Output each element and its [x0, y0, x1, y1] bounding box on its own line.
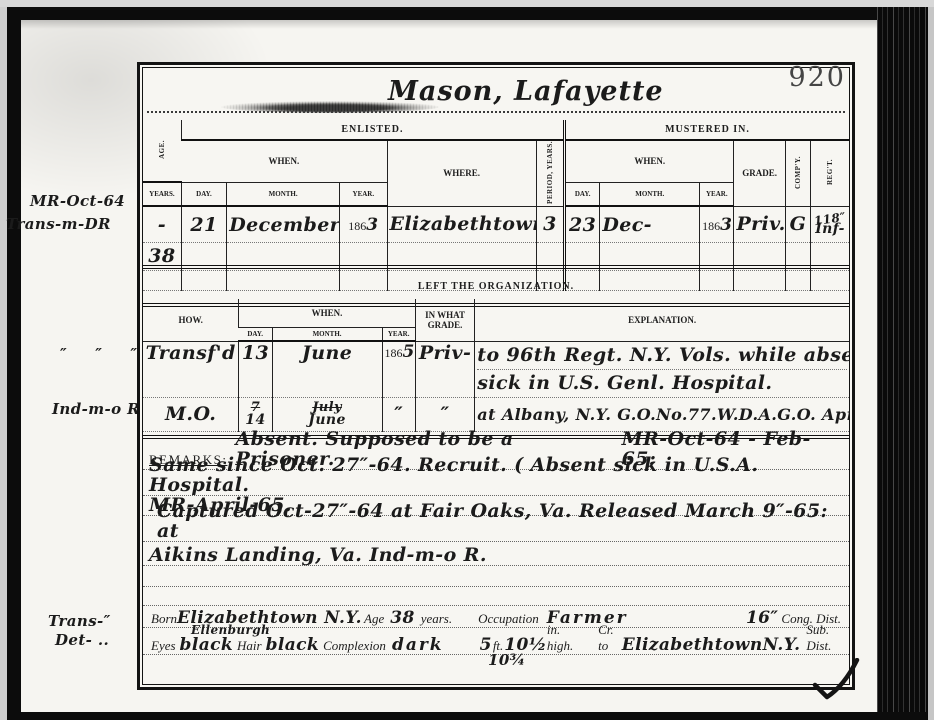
mo-month-value: JulyJune — [272, 397, 382, 431]
credited-to-state: N.Y. — [763, 636, 801, 654]
explanation-line-1: to 96th Regt. N.Y. Vols. while absent — [477, 342, 847, 370]
mo-month-corrected: June — [275, 414, 380, 426]
enlisted-where-value: Elizabethtown — [387, 206, 536, 242]
record-card: 920 Mason, Lafayette AGE. ENLISTED. MUST… — [137, 62, 855, 690]
year-preprint: 186 — [702, 219, 720, 233]
remarks-text-2: Same since Oct. 27″-64. Recruit. ( Absen… — [149, 455, 843, 495]
enlisted-year-value: 3 — [366, 215, 378, 235]
hair-value: black — [266, 636, 320, 654]
page-number: 920 — [788, 62, 846, 93]
enlistment-data-row: - 21 December 1863 Elizabethtown 3 23 De… — [143, 206, 849, 242]
complexion-label: Complexion — [323, 638, 386, 654]
in-what-grade-header: IN WHAT GRADE. — [415, 299, 475, 341]
how-value-mo: M.O. — [143, 397, 239, 431]
period-years-header: PERIOD, YEARS. — [546, 141, 554, 204]
enlisted-day-value: 21 — [181, 206, 226, 242]
grade-header: GRADE. — [734, 140, 785, 206]
enlisted-month-value: December — [227, 206, 340, 242]
enlisted-year-subheader: YEAR. — [340, 182, 387, 206]
eyes-value: black — [180, 636, 234, 654]
regiment-header: REG'T. — [826, 159, 834, 185]
remarks-text-5: Aikins Landing, Va. Ind-m-o R. — [149, 545, 487, 565]
mustered-day-value: 23 — [565, 206, 600, 242]
year-preprint: 186 — [385, 346, 403, 360]
company-value: G — [785, 206, 810, 242]
left-when-header: WHEN. — [239, 299, 415, 327]
remarks-line-5: Aikins Landing, Va. Ind-m-o R. — [143, 542, 849, 566]
mustered-year-subheader: YEAR. — [700, 182, 734, 206]
check-mark — [810, 658, 860, 711]
explanation-cell: to 96th Regt. N.Y. Vols. while absent si… — [475, 341, 849, 397]
explanation-line-2: sick in U.S. Genl. Hospital. — [477, 370, 847, 397]
years-label: years. — [421, 611, 452, 627]
enlisted-group-header: ENLISTED. — [181, 120, 564, 140]
vitals-section: Ellenburgh Born Elizabethtown N.Y. Age 3… — [143, 597, 849, 675]
mustered-year-value: 3 — [720, 215, 732, 235]
left-month-value: June — [272, 341, 382, 397]
transfer-row: Transf'd 13 June 1865 Priv- to 96th Regt… — [143, 341, 849, 397]
title-band: 920 Mason, Lafayette — [143, 68, 849, 120]
enlisted-month-subheader: MONTH. — [227, 182, 340, 206]
mustered-month-value: Dec- — [600, 206, 700, 242]
remarks-line-4: Captured Oct-27″-64 at Fair Oaks, Va. Re… — [143, 516, 849, 542]
name-baseline — [147, 111, 845, 113]
where-header: WHERE. — [387, 140, 536, 206]
enlisted-when-header: WHEN. — [181, 140, 387, 182]
mustered-month-subheader: MONTH. — [600, 182, 700, 206]
left-day-value: 13 — [239, 341, 272, 397]
remarks-text-4: Captured Oct-27″-64 at Fair Oaks, Va. Re… — [157, 501, 843, 541]
company-header: COMP'Y. — [794, 156, 802, 189]
mustered-when-header: WHEN. — [565, 140, 734, 182]
scanner-edge-left — [0, 7, 7, 720]
margin-note-ind-m-o-r: Ind-m-o R. — [52, 400, 146, 418]
age-years-subheader: YEARS. — [143, 182, 181, 206]
mo-explanation: at Albany, N.Y. G.O.No.77.W.D.A.G.O. Apr… — [475, 397, 849, 431]
enlisted-day-subheader: DAY. — [181, 182, 226, 206]
mo-day-value: 714 — [239, 397, 272, 431]
left-year-subheader: YEAR. — [382, 327, 415, 341]
how-header: HOW. — [143, 299, 239, 341]
age-value: 38 — [390, 609, 414, 627]
height-alt-value: 10¾ — [488, 651, 526, 669]
scanner-edge-top — [0, 0, 934, 7]
left-year-value: 5 — [403, 342, 415, 362]
born-label: Born — [151, 611, 177, 627]
regiment-value: 118″Inf- — [811, 206, 849, 242]
mo-day-corrected: 14 — [241, 414, 269, 426]
margin-note-ditto-marks: ″ ″ ″ — [60, 345, 138, 363]
margin-note-mr-oct-64: MR-Oct-64 — [30, 192, 125, 210]
period-value: 3 — [536, 206, 564, 242]
left-month-subheader: MONTH. — [272, 327, 382, 341]
occupation-label: Occupation — [478, 611, 539, 627]
hair-label: Hair — [237, 638, 262, 654]
mustered-in-group-header: MUSTERED IN. — [565, 120, 849, 140]
soldier-name: Mason, Lafayette — [388, 76, 664, 107]
muster-out-row: M.O. 714 JulyJune ″ ″ at Albany, N.Y. G.… — [143, 397, 849, 431]
remarks-blank-line-1 — [143, 566, 849, 587]
congressional-district-value: 16″ — [746, 609, 778, 627]
inches-label: in. high. — [547, 622, 576, 654]
left-grade-value: Priv- — [415, 341, 475, 397]
mustered-day-subheader: DAY. — [565, 182, 600, 206]
mo-grade-ditto: ″ — [415, 397, 475, 431]
record-card-inner-border: 920 Mason, Lafayette AGE. ENLISTED. MUST… — [142, 67, 850, 685]
sub-district-label: Sub. Dist. — [806, 622, 841, 654]
how-value: Transf'd — [143, 341, 239, 397]
scan-black-bottom — [7, 712, 927, 720]
scanner-edge-right — [927, 7, 934, 720]
age-value: - — [143, 206, 181, 242]
age-column-header: AGE. — [158, 140, 166, 159]
credited-to-value: Elizabethtown — [622, 636, 763, 654]
born-place-correction: Ellenburgh — [191, 623, 270, 637]
grade-value: Priv. — [734, 206, 785, 242]
complexion-value: dark — [392, 636, 444, 654]
left-organization-table: HOW. WHEN. IN WHAT GRADE. EXPLANATION. D… — [143, 299, 849, 432]
year-preprint: 186 — [348, 219, 366, 233]
vitals-row-3: 10¾ — [143, 655, 849, 673]
book-spine-shadow — [877, 7, 928, 720]
remarks-line-2: Same since Oct. 27″-64. Recruit. ( Absen… — [143, 470, 849, 496]
left-organization-title: LEFT THE ORGANIZATION. — [418, 281, 574, 292]
credited-to-label: Cr. to — [598, 622, 618, 654]
left-day-subheader: DAY. — [239, 327, 272, 341]
mo-year-ditto: ″ — [382, 397, 415, 431]
margin-note-trans-m-dr: Trans-m-DR — [6, 215, 111, 233]
eyes-label: Eyes — [151, 638, 176, 654]
age-label: Age — [364, 611, 384, 627]
explanation-header: EXPLANATION. — [475, 299, 849, 341]
remarks-section: REMARKS: Absent. Supposed to be a Prison… — [143, 435, 849, 601]
